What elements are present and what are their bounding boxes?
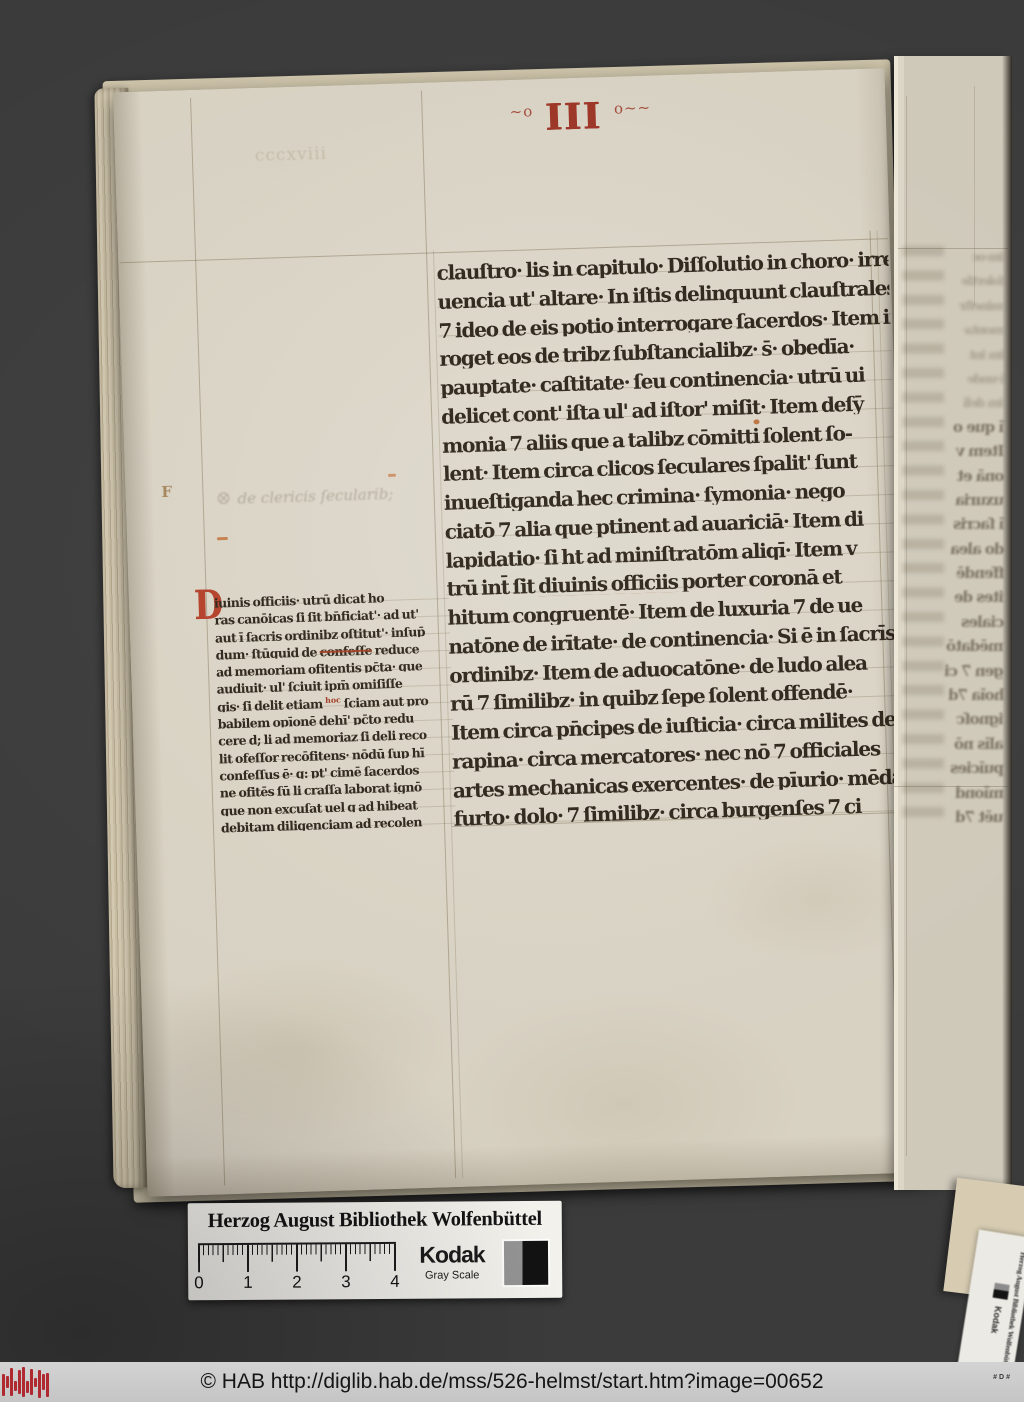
mirrored-text: ī ſacris (954, 512, 1004, 536)
show-through-line: puīcies (922, 756, 1004, 780)
mirrored-text: uxuria (956, 488, 1004, 512)
mirrored-text: ites de (955, 585, 1004, 609)
show-through-line: hoīa 7d (922, 683, 1004, 707)
copyright-text: © HAB http://diglib.hab.de/mss/526-helms… (200, 1370, 823, 1394)
kodak-brand: Kodak (990, 1306, 1004, 1335)
interlinear-gloss: hoc (325, 695, 341, 704)
show-through-line: ignoſc (922, 707, 1004, 731)
mirrored-text: hoīa 7d (949, 683, 1004, 707)
red-margin-dash (217, 537, 228, 540)
mirrored-text: monta· (963, 318, 1004, 342)
show-through-line: im delī (922, 390, 1004, 414)
show-through-line: gen 7 ci (922, 659, 1004, 683)
show-through-line: mēdatō (922, 634, 1004, 658)
mirrored-text: onā et (958, 464, 1004, 488)
mirrored-text: ignoſc (957, 707, 1004, 731)
ruler-number: 4 (390, 1272, 400, 1292)
folio-number: III (545, 95, 603, 139)
ruler-number: 0 (194, 1273, 204, 1293)
ruler-ticks (198, 1242, 396, 1273)
mirrored-text: im delī (964, 391, 1004, 415)
manuscript-page: ∼o III o∼∼ cccxviii F ⊗de clericis ſecul… (113, 68, 919, 1197)
line-text: trū int̄ ſit (446, 574, 538, 599)
mirrored-text: gen 7 ci (945, 659, 1004, 683)
main-text-column: clauſtro· lis in capitulo· Diſſolutio in… (436, 240, 906, 832)
mirrored-text: mēdatō (947, 634, 1004, 658)
show-through-line: ī ſacris (922, 512, 1004, 536)
show-through-line: do alea (922, 537, 1004, 561)
corner-watermark: #D# (993, 1374, 1012, 1381)
library-scale-label: Herzog August Bibliothek Wolfenbüttel 0 … (188, 1201, 563, 1301)
faint-chapter-title: ⊗de clericis ſecularib; (215, 482, 393, 510)
show-through-line: monta· (922, 317, 1004, 341)
kodak-block: Kodak Gray Scale (404, 1241, 500, 1282)
registration-mark (2, 1366, 49, 1398)
mirrored-text: ī que o (954, 415, 1004, 439)
show-through-line: ſolertſe (922, 268, 1004, 292)
margin-letter-mark: F (161, 483, 172, 501)
gray-scale-patch (993, 1282, 1010, 1299)
kodak-brand: Kodak (404, 1241, 500, 1269)
ruler-number: 2 (292, 1273, 302, 1293)
crossed-circle-mark: ⊗ (215, 487, 232, 509)
mirrored-text: mīond (956, 781, 1004, 805)
show-through-line: ī·unde (922, 366, 1004, 390)
show-through-line: uēt 7d (922, 805, 1004, 829)
ruler-number: 1 (243, 1273, 253, 1293)
show-through-number: cccxviii (255, 144, 328, 166)
rubric-flourish: ∼o (509, 102, 533, 121)
mirrored-text: ī·unde (968, 367, 1004, 391)
line-text: furto· dolo· 7 ſimilibz· circa burgenſes… (453, 794, 861, 829)
mirrored-text: uēt 7d (956, 805, 1004, 829)
mirrored-text: mineſtr (960, 294, 1004, 318)
show-through-line: ciales (922, 610, 1004, 634)
kodak-gray-scale-label: Gray Scale (404, 1269, 500, 1282)
show-through-line: mīond (922, 781, 1004, 805)
show-through-line: ī que o (922, 415, 1004, 439)
show-through-line: mineſtr (922, 293, 1004, 317)
mirrored-text: alīs nō (955, 732, 1004, 756)
show-through-line: im·oc (922, 244, 1004, 268)
mirrored-text: im·oc (972, 245, 1004, 269)
margin-note-column: iuinis officiis· utrū dicat ho ras canōi… (214, 584, 457, 835)
show-through-line: uxuria (922, 488, 1004, 512)
show-through-line: alīs nō (922, 732, 1004, 756)
ruling-line-vertical (906, 96, 907, 1156)
centimeter-ruler: 0 1 2 3 4 (198, 1242, 398, 1293)
faint-title-text: de clericis ſecularib; (237, 485, 393, 508)
show-through-line: Item v (922, 439, 1004, 463)
show-through-text: im·oc ſolertſe mineſtr monta· im int ī·u… (922, 244, 1004, 829)
line-text: debitam diligenciam ad recolen (221, 814, 422, 833)
show-through-line: onā et (922, 464, 1004, 488)
mirrored-text: ffendē (957, 561, 1004, 585)
mirrored-text: Item v (957, 439, 1004, 463)
show-through-line: ffendē (922, 561, 1004, 585)
footer-bar: © HAB http://diglib.hab.de/mss/526-helms… (0, 1362, 1024, 1402)
mirrored-text: im int (970, 343, 1004, 367)
rubric-flourish: o∼∼ (614, 99, 652, 118)
mirrored-text: ciales (962, 610, 1004, 634)
red-margin-dash (388, 474, 396, 477)
mirrored-text: puīcies (951, 756, 1004, 780)
next-leaf-edge: im·oc ſolertſe mineſtr monta· im int ī·u… (894, 56, 1012, 1190)
gray-black-swatch (504, 1241, 548, 1285)
ruler-numbers: 0 1 2 3 4 (198, 1272, 396, 1293)
gray-scale-patch (502, 1239, 550, 1287)
mirrored-text: ſolertſe (962, 269, 1004, 293)
ruler-number: 3 (341, 1272, 351, 1292)
folio-number-rubric: ∼o III o∼∼ (509, 91, 730, 140)
mirrored-text: do alea (951, 537, 1004, 561)
show-through-line: im int (922, 342, 1004, 366)
library-name: Herzog August Bibliothek Wolfenbüttel (188, 1208, 562, 1234)
show-through-line: ites de (922, 585, 1004, 609)
